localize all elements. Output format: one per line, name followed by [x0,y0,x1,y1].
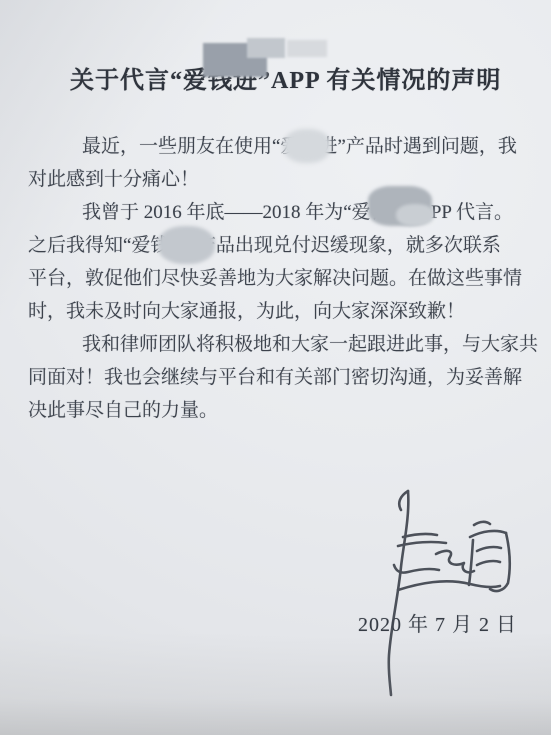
censor-block-paragraph2-line2 [158,226,215,264]
statement-body: 最近，一些朋友在使用“爱钱进”产品时遇到问题，我 对此感到十分痛心！ 我曾于 2… [28,130,528,427]
signature-block [370,455,530,700]
body-line: 对此感到十分痛心！ [28,163,528,196]
handwritten-signature-icon [370,455,530,700]
censor-block-paragraph2-line1-light [396,204,434,226]
censor-block-title-light [287,40,327,57]
body-line: 决此事尽自己的力量。 [28,394,528,427]
document-photo: 关于代言“爱钱进”APP 有关情况的声明 最近，一些朋友在使用“爱钱进”产品时遇… [0,0,551,735]
body-line: 之后我得知“爱钱进”产品出现兑付迟缓现象，就多次联系 [28,229,528,262]
body-line: 我和律师团队将积极地和大家一起跟进此事，与大家共 [28,328,528,361]
body-line: 同面对！我也会继续与平台和有关部门密切沟通，为妥善解 [28,361,528,394]
body-line: 最近，一些朋友在使用“爱钱进”产品时遇到问题，我 [28,130,528,163]
body-line: 我曾于 2016 年底——2018 年为“爱钱进”APP 代言。 [28,196,528,229]
body-line: 平台，敦促他们尽快妥善地为大家解决问题。在做这些事情 [28,262,528,295]
body-line: 时，我未及时向大家通报，为此，向大家深深致歉！ [28,295,528,328]
censor-block-paragraph1 [283,129,331,163]
statement-title: 关于代言“爱钱进”APP 有关情况的声明 [70,60,501,95]
censor-block-title-mid [247,38,285,58]
